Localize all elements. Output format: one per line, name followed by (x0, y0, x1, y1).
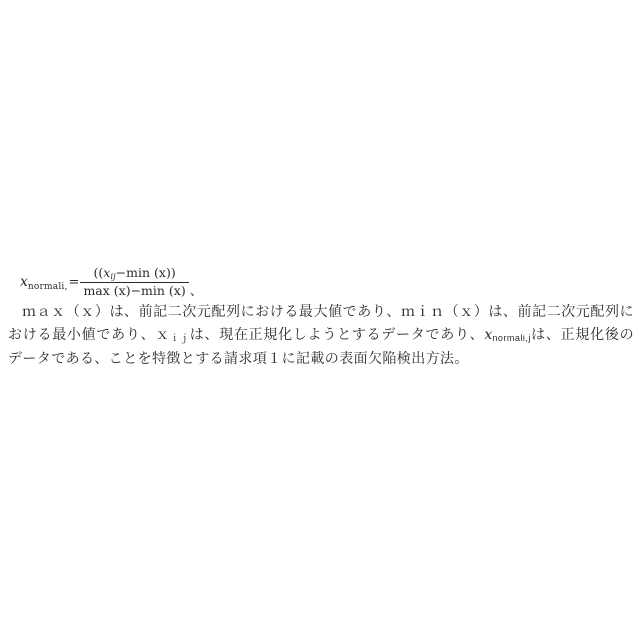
formula-fraction: ((xij−min (x)) max (x)−min (x) (80, 266, 188, 298)
formula-lhs-subscript: normali, (28, 282, 68, 292)
equals-sign: = (69, 275, 80, 290)
document-content: xnormali,= ((xij−min (x)) max (x)−min (x… (8, 266, 634, 371)
formula-lhs-variable: x (20, 274, 28, 290)
normalization-formula: xnormali,= ((xij−min (x)) max (x)−min (x… (20, 266, 634, 298)
xnormal-subscript: normali,j (492, 333, 531, 343)
numerator-open-parens: (( (93, 265, 103, 280)
formula-trailing-comma: 、 (190, 285, 203, 298)
formula-denominator: max (x)−min (x) (80, 282, 188, 298)
formula-numerator: ((xij−min (x)) (80, 266, 188, 282)
claim-paragraph: ｍａｘ（ｘ）は、前記二次元配列における最大値であり、ｍｉｎ（ｘ）は、前記二次元配… (8, 301, 634, 371)
numerator-variable-subscript: ij (110, 272, 115, 282)
numerator-rest: −min (x)) (116, 265, 176, 280)
formula-lhs: xnormali,= (20, 274, 80, 290)
claim-text-segment-2: は、現在正規化しようとするデータであり、 (190, 327, 485, 343)
xij-subscript: ｉｊ (170, 333, 190, 343)
